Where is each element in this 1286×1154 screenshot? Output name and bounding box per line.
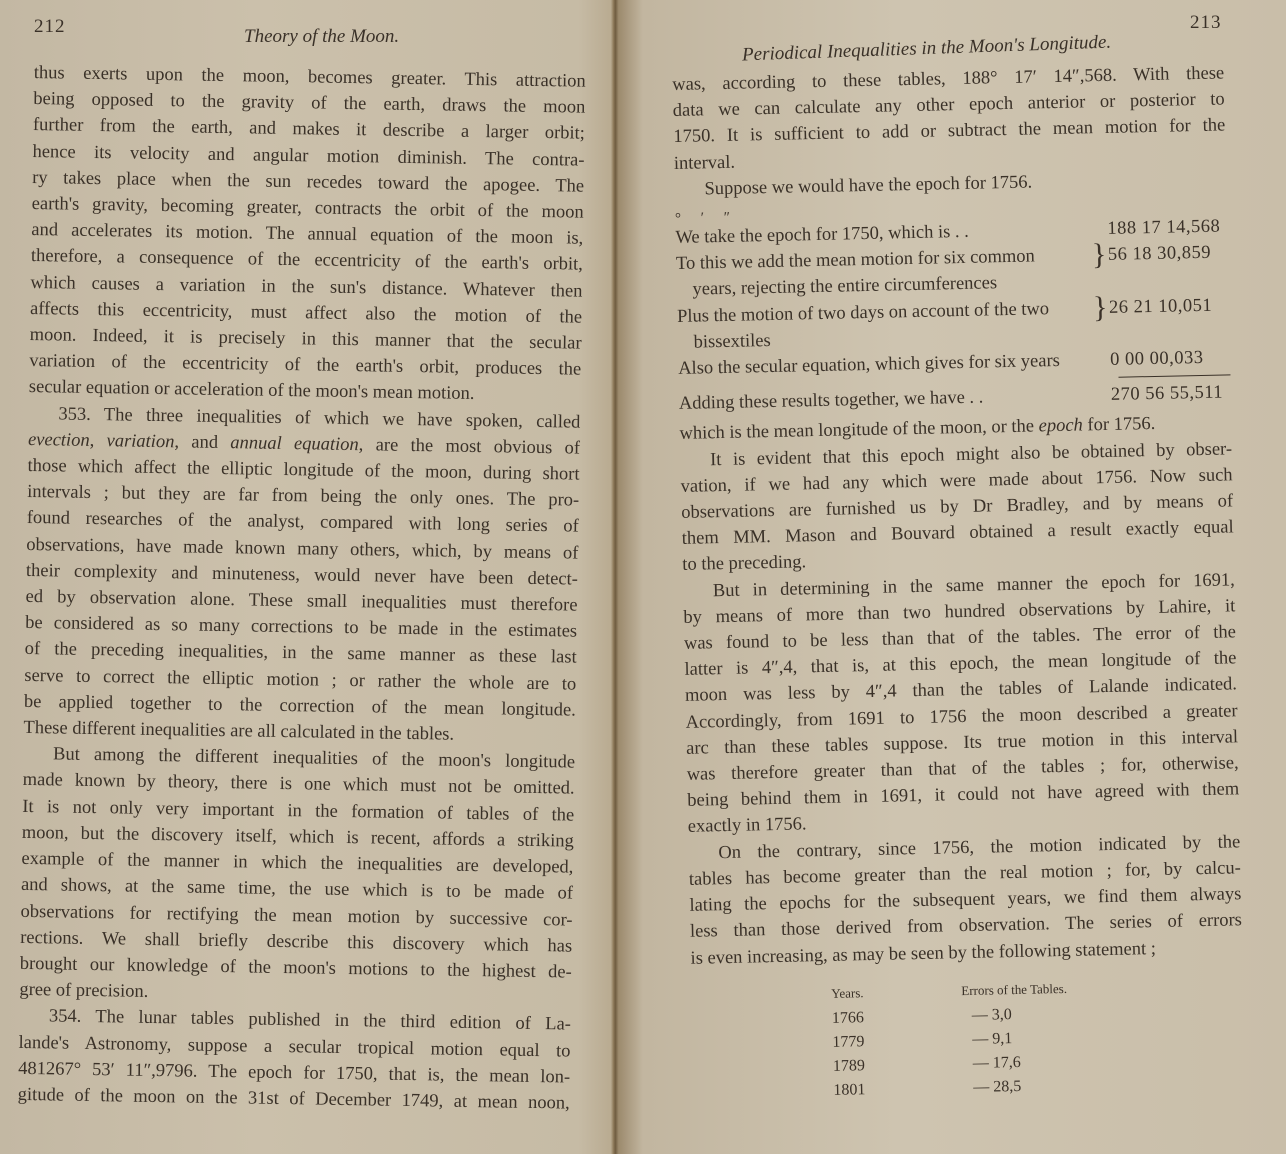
running-title: Periodical Inequalities in the Moon's Lo… [742,32,1112,67]
italic-term: variation [106,431,174,452]
brace-icon: } [1092,245,1108,265]
left-page: 212 Theory of the Moon. thus exerts upon… [0,0,612,1154]
italic-term: epoch [1038,416,1083,437]
column-header-years: Years. [831,978,962,1007]
calc-value: 188 17 14,568 [1107,213,1228,242]
left-page-body: thus exerts upon the moon, becomes great… [18,60,586,1117]
book-spread: 212 Theory of the Moon. thus exerts upon… [0,0,1286,1154]
right-page: Periodical Inequalities in the Moon's Lo… [620,0,1286,1154]
page-number: 213 [1190,12,1222,34]
italic-term: evection [28,430,90,451]
calc-value: 26 21 10,051 [1109,292,1230,321]
right-page-body: was, according to these tables, 188° 17′… [672,60,1246,1105]
sum-rule [1118,375,1230,378]
column-header-errors: Errors of the Tables. [961,976,1067,1004]
brace-icon: } [1093,298,1109,318]
calc-value: 56 18 30,859 [1108,240,1229,269]
calc-value: 0 00 00,033 [1110,344,1231,373]
italic-term: annual equation [230,433,359,455]
section-number: 353. [58,404,91,425]
running-title: Theory of the Moon. [244,26,399,48]
calc-total-value: 270 56 55,511 [1111,380,1232,409]
epoch-calculation: ° ′ ″ We take the epoch for 1750, which … [675,201,1231,417]
errors-table: Years. Errors of the Tables. 1766 — 3,0 … [831,972,1245,1103]
page-number: 212 [34,16,66,38]
